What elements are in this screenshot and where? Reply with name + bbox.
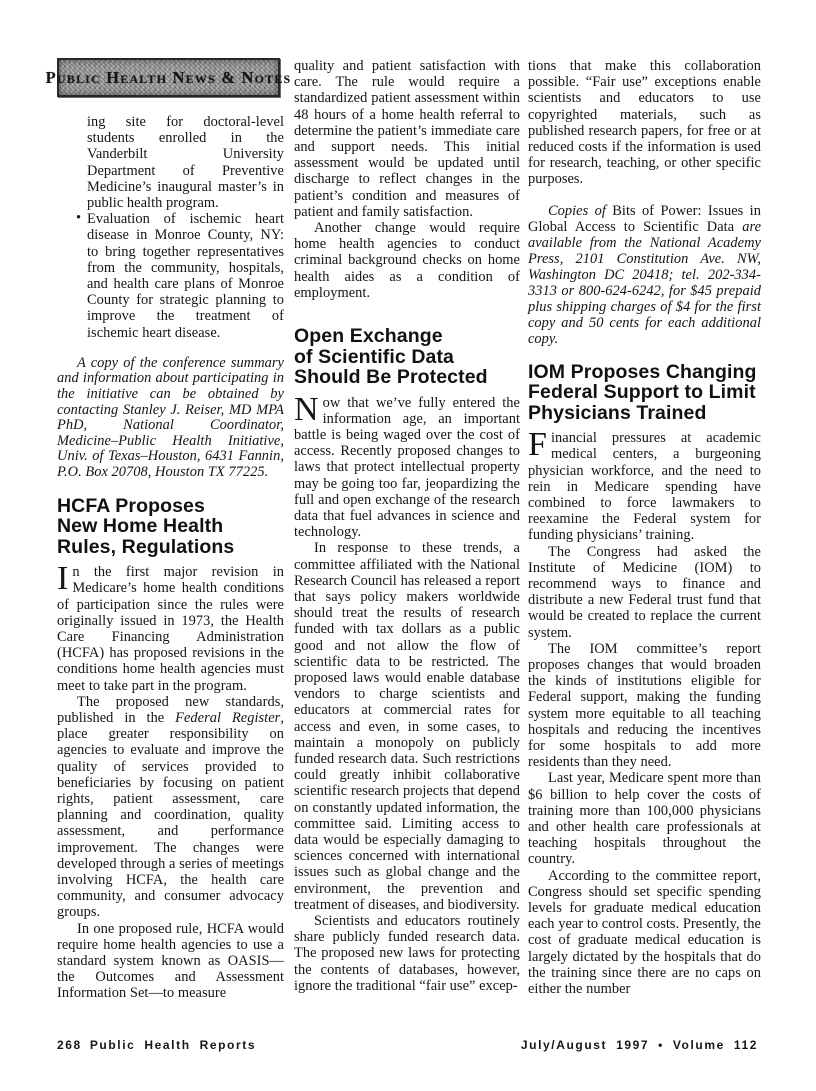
paragraph: quality and patient satisfaction with ca… bbox=[294, 58, 520, 220]
journal-name: Public Health Reports bbox=[90, 1038, 256, 1052]
article-heading-iom: IOM Proposes Changing Federal Support to… bbox=[528, 362, 761, 424]
article-heading-open-exchange: Open Exchange of Scientific Data Should … bbox=[294, 326, 520, 388]
paragraph: In the first major revision in Medicare’… bbox=[57, 564, 284, 694]
footer-issue: July/August 1997 • Volume 112 bbox=[521, 1038, 758, 1052]
paragraph: The IOM committee’s report proposes chan… bbox=[528, 641, 761, 771]
paragraph-text: ow that we’ve fully entered the informat… bbox=[294, 395, 520, 541]
paragraph: Another change would require home health… bbox=[294, 220, 520, 301]
paragraph: In response to these trends, a committee… bbox=[294, 540, 520, 913]
dropcap-letter: I bbox=[57, 564, 72, 592]
footer-left: 268Public Health Reports bbox=[57, 1038, 256, 1052]
section-banner: Public Health News & Notes bbox=[57, 58, 280, 97]
section-banner-title: Public Health News & Notes bbox=[46, 68, 292, 88]
paragraph: Last year, Medicare spent more than $6 b… bbox=[528, 770, 761, 867]
paragraph: According to the committee report, Congr… bbox=[528, 868, 761, 998]
paragraph: Now that we’ve fully entered the informa… bbox=[294, 395, 520, 541]
paragraph: In one proposed rule, HCFA would require… bbox=[57, 921, 284, 1002]
article-heading-hcfa: HCFA Proposes New Home Health Rules, Reg… bbox=[57, 496, 284, 558]
availability-note-text: are available from the National Academy … bbox=[528, 219, 761, 347]
bullet-list-item: • Evaluation of ischemic heart disease i… bbox=[57, 211, 284, 341]
bullet-icon: • bbox=[76, 210, 81, 226]
paragraph: tions that make this collaboration possi… bbox=[528, 58, 761, 188]
paragraph: Financial pressures at academic medical … bbox=[528, 430, 761, 543]
paragraph-text: n the first major revision in Medicare’s… bbox=[57, 564, 284, 693]
paragraph-text: , place greater responsibility on agenci… bbox=[57, 710, 284, 920]
column-2: quality and patient satisfaction with ca… bbox=[294, 58, 520, 994]
availability-note: Copies of Bits of Power: Issues in Globa… bbox=[528, 203, 761, 347]
journal-page: Public Health News & Notes ing site for … bbox=[0, 0, 816, 1091]
paragraph-text: inancial pressures at academic medical c… bbox=[528, 430, 761, 543]
list-continuation-paragraph: ing site for doctoral-level students enr… bbox=[57, 114, 284, 211]
bullet-item-text: Evaluation of ischemic heart disease in … bbox=[87, 211, 284, 340]
dropcap-letter: N bbox=[294, 395, 323, 423]
publication-title: Federal Register bbox=[175, 710, 280, 726]
contact-note: A copy of the conference summary and inf… bbox=[57, 356, 284, 481]
column-3: tions that make this collaboration possi… bbox=[528, 58, 761, 997]
paragraph: The Congress had asked the Institute of … bbox=[528, 544, 761, 641]
page-number: 268 bbox=[57, 1038, 82, 1052]
paragraph: Scientists and educators routinely share… bbox=[294, 913, 520, 994]
dropcap-letter: F bbox=[528, 430, 551, 458]
availability-note-lead: Copies of bbox=[548, 203, 612, 219]
paragraph: The proposed new standards, published in… bbox=[57, 694, 284, 921]
column-1: ing site for doctoral-level students enr… bbox=[57, 114, 284, 1002]
